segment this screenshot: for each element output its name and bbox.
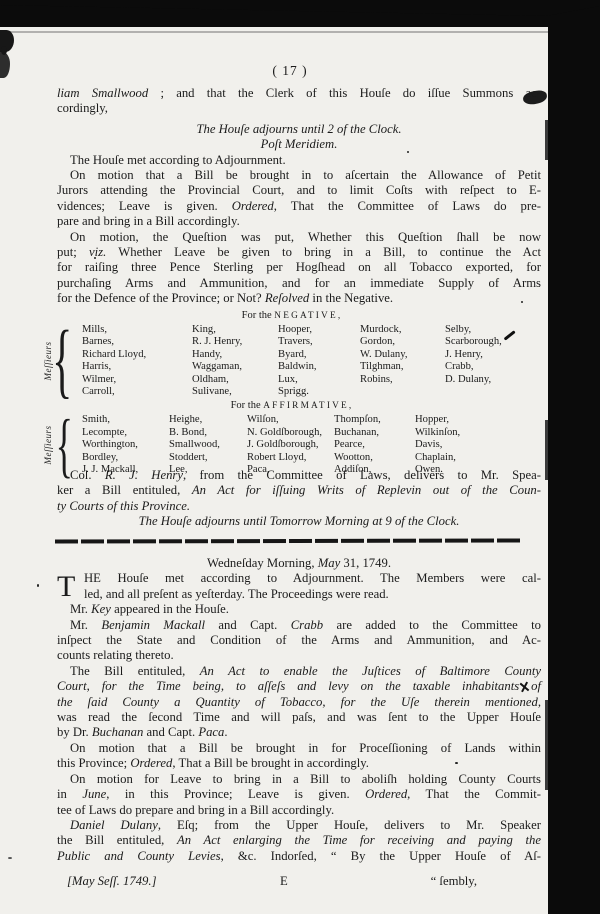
scan-streak <box>545 120 548 160</box>
text-line: The Bill entituled, An Act to enable the… <box>57 664 541 679</box>
member-name: Smith, <box>82 414 169 426</box>
vote-column: Hooper,Travers,Byard,Baldwin,Lux,Sprigg. <box>278 324 360 398</box>
vote-column: King,R. J. Henry,Handy,Waggaman,Oldham,S… <box>192 324 278 398</box>
member-name: Lecompte, <box>82 427 169 439</box>
text-line: this Province; Ordered, That a Bill be b… <box>57 756 541 771</box>
member-name: Hopper, <box>415 414 460 426</box>
member-name: Chaplain, <box>415 452 460 464</box>
text-line: Wedneſday Morning, May 31, 1749. <box>57 556 541 571</box>
text-line: the ſaid County a Quantity of Tobacco, f… <box>57 695 541 710</box>
text-line: On motion that a Bill be brought in to a… <box>57 168 541 183</box>
text-line: Daniel Dulany, Eſq; from the Upper Houſe… <box>57 818 541 833</box>
member-name: Hooper, <box>278 324 360 336</box>
committee-report-paragraphs: Col. R. J. Henry, from the Committee of … <box>57 468 541 530</box>
text-line: Poſt Meridiem. <box>57 137 541 152</box>
text-line: cordingly, <box>57 101 541 116</box>
member-name: Wilmer, <box>82 374 192 386</box>
member-name: Lux, <box>278 374 360 386</box>
member-name: Stoddert, <box>169 452 247 464</box>
text-line: liam Smallwood ; and that the Clerk of t… <box>57 86 541 101</box>
text-line: ty Courts of this Province. <box>57 499 541 514</box>
text-line: On motion, the Queſtion was put, Whether… <box>57 230 541 245</box>
member-name: Sprigg. <box>278 386 360 398</box>
member-name: Heighe, <box>169 414 247 426</box>
member-name: Harris, <box>82 361 192 373</box>
member-name: Waggaman, <box>192 361 278 373</box>
member-name: Scarborough, <box>445 336 502 348</box>
scan-edge-right <box>548 24 600 914</box>
text-line: purchaſing Arms and Ammunition, and for … <box>57 276 541 291</box>
member-name: Robins, <box>360 374 445 386</box>
member-name: Carroll, <box>82 386 192 398</box>
text-line: pare and bring in a Bill accordingly. <box>57 214 541 229</box>
scan-streak <box>545 700 548 790</box>
proceedings-afternoon-session: liam Smallwood ; and that the Clerk of t… <box>57 86 541 307</box>
member-name: King, <box>192 324 278 336</box>
vote-list-header: For the AFFIRMATIVE, <box>42 399 542 413</box>
text-line: for raiſing three Pence Sterling per Hog… <box>57 260 541 275</box>
vote-column: Murdock,Gordon,W. Dulany,Tilghman,Robins… <box>360 324 445 398</box>
member-name: Thompſon, <box>334 414 415 426</box>
page-footer: [May Seſſ. 1749.] E “ ſembly, <box>57 874 540 890</box>
signature-mark: E <box>280 874 288 889</box>
member-name: Oldham, <box>192 374 278 386</box>
member-name: Buchanan, <box>334 427 415 439</box>
member-name: Wilkinſon, <box>415 427 460 439</box>
vote-column: Mills,Barnes,Richard Lloyd,Harris,Wilmer… <box>82 324 192 398</box>
scan-streak <box>545 420 548 480</box>
member-name: B. Bond, <box>169 427 247 439</box>
text-line: On motion for Leave to bring in a Bill t… <box>57 772 541 787</box>
member-name: N. Goldſborough, <box>247 427 334 439</box>
member-name: Tilghman, <box>360 361 445 373</box>
member-name: Robert Lloyd, <box>247 452 334 464</box>
scan-rule <box>0 31 600 33</box>
text-line: Col. R. J. Henry, from the Committee of … <box>57 468 541 483</box>
text-line: put; viz. Whether Leave be given to brin… <box>57 245 541 260</box>
scan-speck <box>37 584 39 587</box>
vote-table-negative: For the NEGATIVE,Meſſieurs{Mills,Barnes,… <box>42 309 542 398</box>
member-name: Worthington, <box>82 439 169 451</box>
page-number: ( 17 ) <box>0 63 580 79</box>
member-name: Gordon, <box>360 336 445 348</box>
text-line: in June, in this Province; Leave is give… <box>57 787 541 802</box>
member-name: J. Henry, <box>445 349 502 361</box>
member-name: Richard Lloyd, <box>82 349 192 361</box>
text-line: inſpect the State and Condition of the A… <box>57 633 541 648</box>
catchword: “ ſembly, <box>431 874 477 889</box>
member-name: Byard, <box>278 349 360 361</box>
member-name: Wootton, <box>334 452 415 464</box>
text-line: led, and all preſent as yeſterday. The P… <box>57 587 541 602</box>
text-line: Public and County Levies, &c. Indorſed, … <box>57 849 541 864</box>
messieurs-label: Meſſieurs{ <box>42 324 82 398</box>
ink-blotch <box>1 46 7 55</box>
proceedings-may31: Wedneſday Morning, May 31, 1749.HE Houſe… <box>57 556 541 864</box>
member-name: R. J. Henry, <box>192 336 278 348</box>
scan-speck <box>8 857 12 859</box>
document-page: ( 17 ) liam Smallwood ; and that the Cle… <box>0 0 600 914</box>
section-divider-rule <box>55 539 521 543</box>
division-vote-lists: For the NEGATIVE,Meſſieurs{Mills,Barnes,… <box>42 308 542 476</box>
member-name: Selby, <box>445 324 502 336</box>
member-name: Wilſon, <box>247 414 334 426</box>
text-line: On motion that a Bill be brought in for … <box>57 741 541 756</box>
text-line: Court, for the Time being, to aſſeſs and… <box>57 679 541 694</box>
member-name: Handy, <box>192 349 278 361</box>
member-name: Pearce, <box>334 439 415 451</box>
text-line: The Houſe adjourns until Tomorrow Mornin… <box>57 514 541 529</box>
vote-list-header: For the NEGATIVE, <box>42 309 542 323</box>
session-date-footnote: [May Seſſ. 1749.] <box>67 874 157 889</box>
text-line: Mr. Key appeared in the Houſe. <box>57 602 541 617</box>
text-line: HE Houſe met according to Adjournment. T… <box>57 571 541 586</box>
member-name: D. Dulany, <box>445 374 502 386</box>
text-line: ker a Bill entituled, An Act for iſſuing… <box>57 483 541 498</box>
text-line: was read the ſecond Time and will paſs, … <box>57 710 541 725</box>
member-name: J. Goldſborough, <box>247 439 334 451</box>
member-name: Mills, <box>82 324 192 336</box>
member-name: Smallwood, <box>169 439 247 451</box>
text-line: tee of Laws do prepare and bring in a Bi… <box>57 803 541 818</box>
text-line: by Dr. Buchanan and Capt. Paca. <box>57 725 541 740</box>
member-name: Crabb, <box>445 361 502 373</box>
vote-column: Selby,Scarborough,J. Henry,Crabb,D. Dula… <box>445 324 502 398</box>
text-line: The Houſe adjourns until 2 of the Clock. <box>57 122 541 137</box>
text-line: The Houſe met according to Adjournment. <box>57 153 541 168</box>
member-name: Davis, <box>415 439 460 451</box>
text-line: Jurors attending the Provincial Court, a… <box>57 183 541 198</box>
member-name: Travers, <box>278 336 360 348</box>
text-line: Mr. Benjamin Mackall and Capt. Crabb are… <box>57 618 541 633</box>
member-name: Barnes, <box>82 336 192 348</box>
vote-table-affirmative: For the AFFIRMATIVE,Meſſieurs{Smith,Leco… <box>42 399 542 476</box>
text-line: vidences; Leave is given. Ordered, That … <box>57 199 541 214</box>
member-name: Baldwin, <box>278 361 360 373</box>
member-name: Sulivane, <box>192 386 278 398</box>
text-line: counts relating thereto. <box>57 648 541 663</box>
text-line: the Bill entituled, An Act enlarging the… <box>57 833 541 848</box>
text-line: for the Defence of the Province; or Not?… <box>57 291 541 306</box>
member-name: Bordley, <box>82 452 169 464</box>
member-name: W. Dulany, <box>360 349 445 361</box>
member-name: Murdock, <box>360 324 445 336</box>
